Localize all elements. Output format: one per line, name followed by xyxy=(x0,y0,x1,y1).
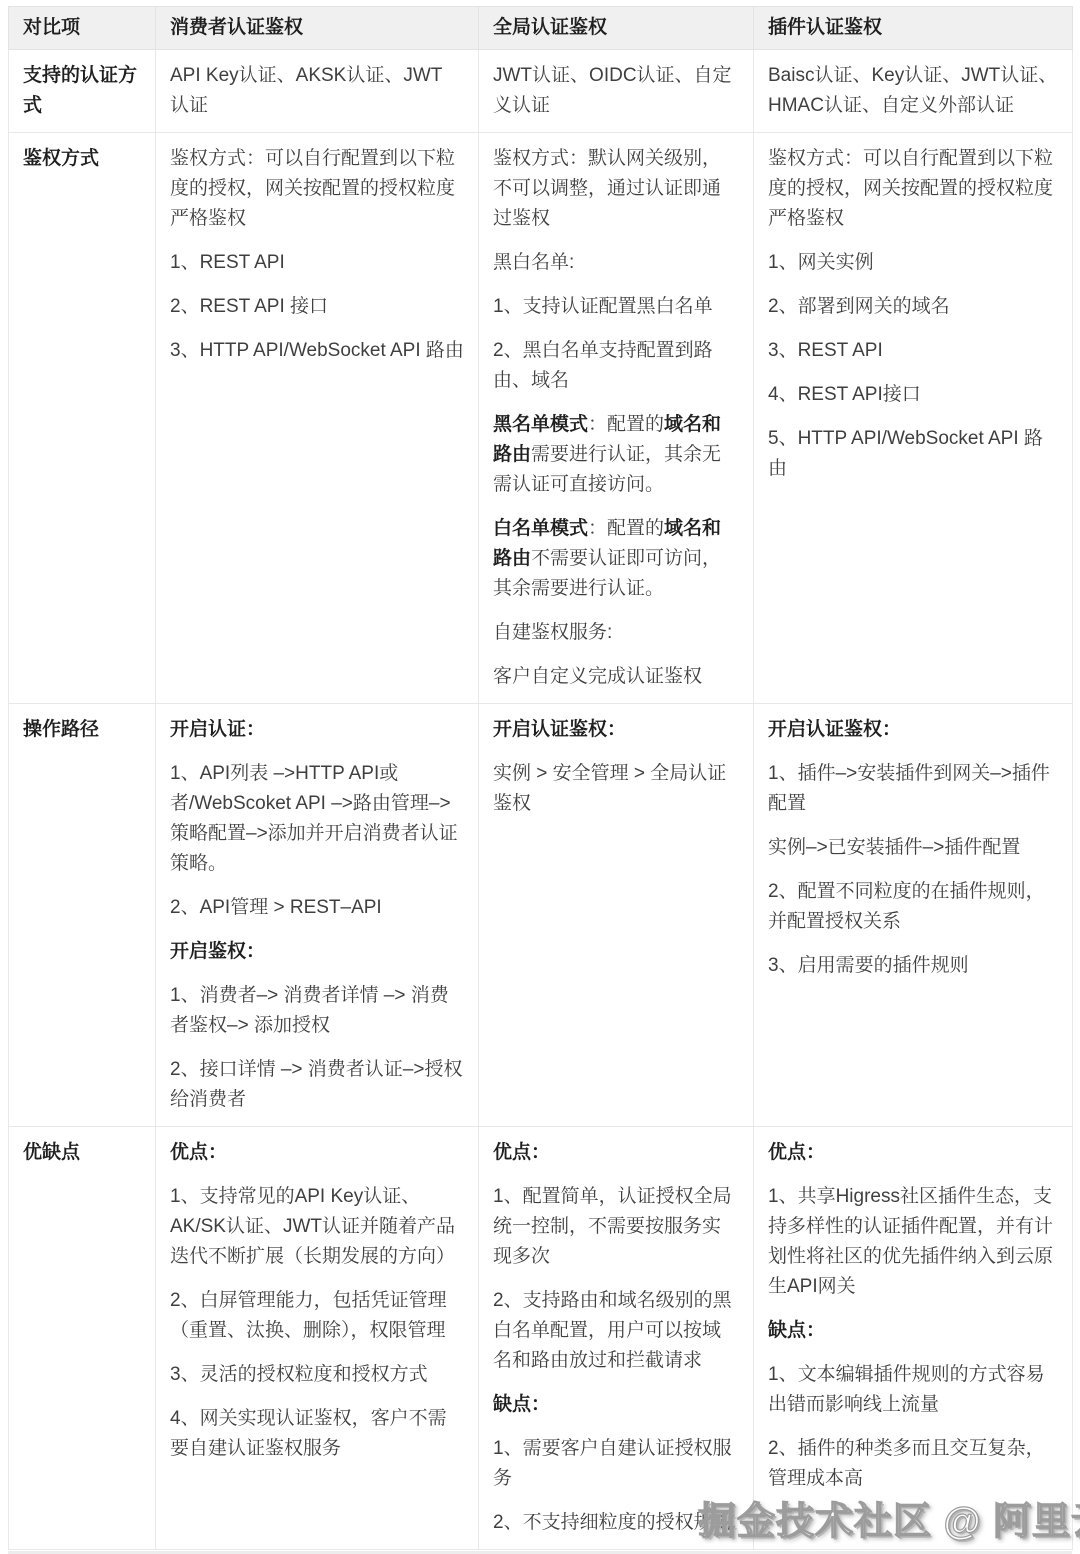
cell-paragraph: 缺点： xyxy=(493,1390,739,1420)
comparison-table-page: 对比项消费者认证鉴权全局认证鉴权插件认证鉴权 支持的认证方式API Key认证、… xyxy=(0,6,1080,1554)
table-row: 优缺点优点：1、支持常见的API Key认证、AK/SK认证、JWT认证并随着产… xyxy=(9,1127,1073,1550)
table-cell: 优点：1、配置简单，认证授权全局统一控制，不需要按服务实现多次2、支持路由和域名… xyxy=(479,1127,754,1550)
table-cell: 开启认证鉴权：1、插件–>安装插件到网关–>插件配置实例–>已安装插件–>插件配… xyxy=(754,704,1073,1127)
cell-paragraph: 实例–>已安装插件–>插件配置 xyxy=(768,833,1058,863)
cell-paragraph: 3、HTTP API/WebSocket API 路由 xyxy=(170,336,464,366)
column-header: 全局认证鉴权 xyxy=(479,7,754,50)
cell-paragraph: 开启鉴权： xyxy=(170,937,464,967)
cell-paragraph: 2、部署到网关的域名 xyxy=(768,292,1058,322)
cell-paragraph: 优点： xyxy=(170,1138,464,1168)
cell-paragraph: 2、白屏管理能力，包括凭证管理（重置、汰换、删除），权限管理 xyxy=(170,1286,464,1346)
cell-paragraph: 1、支持认证配置黑白名单 xyxy=(493,292,739,322)
cell-paragraph: 5、HTTP API/WebSocket API 路由 xyxy=(768,424,1058,484)
cell-paragraph: 1、支持常见的API Key认证、AK/SK认证、JWT认证并随着产品迭代不断扩… xyxy=(170,1182,464,1272)
table-cell: JWT认证、OIDC认证、自定义认证 xyxy=(479,50,754,133)
cell-paragraph: 自建鉴权服务: xyxy=(493,618,739,648)
row-label: 操作路径 xyxy=(9,704,156,1127)
cell-paragraph: 鉴权方式：默认网关级别，不可以调整，通过认证即通过鉴权 xyxy=(493,144,739,234)
cell-paragraph: 1、网关实例 xyxy=(768,248,1058,278)
cell-paragraph: 2、支持路由和域名级别的黑白名单配置，用户可以按域名和路由放过和拦截请求 xyxy=(493,1286,739,1376)
auth-comparison-table: 对比项消费者认证鉴权全局认证鉴权插件认证鉴权 支持的认证方式API Key认证、… xyxy=(8,6,1073,1550)
table-cell: 优点：1、共享Higress社区插件生态，支持多样性的认证插件配置，并有计划性将… xyxy=(754,1127,1073,1550)
cell-paragraph: API Key认证、AKSK认证、JWT 认证 xyxy=(170,61,464,121)
column-header: 消费者认证鉴权 xyxy=(156,7,479,50)
table-cell: API Key认证、AKSK认证、JWT 认证 xyxy=(156,50,479,133)
cell-paragraph: 黑名单模式：配置的域名和路由需要进行认证，其余无需认证可直接访问。 xyxy=(493,410,739,500)
table-cell: 鉴权方式：可以自行配置到以下粒度的授权，网关按配置的授权粒度严格鉴权1、网关实例… xyxy=(754,133,1073,704)
cell-paragraph: 1、需要客户自建认证授权服务 xyxy=(493,1434,739,1494)
table-cell: Baisc认证、Key认证、JWT认证、HMAC认证、自定义外部认证 xyxy=(754,50,1073,133)
cell-paragraph: 鉴权方式：可以自行配置到以下粒度的授权，网关按配置的授权粒度严格鉴权 xyxy=(170,144,464,234)
cell-paragraph: 优点： xyxy=(768,1138,1058,1168)
row-label: 优缺点 xyxy=(9,1127,156,1550)
cell-paragraph: 3、REST API xyxy=(768,336,1058,366)
cell-paragraph: 开启认证： xyxy=(170,715,464,745)
row-label: 鉴权方式 xyxy=(9,133,156,704)
cell-paragraph: 开启认证鉴权： xyxy=(768,715,1058,745)
cell-paragraph: 2、插件的种类多而且交互复杂，管理成本高 xyxy=(768,1434,1058,1494)
cell-paragraph: 黑白名单: xyxy=(493,248,739,278)
cell-paragraph: 1、配置简单，认证授权全局统一控制，不需要按服务实现多次 xyxy=(493,1182,739,1272)
cell-paragraph: Baisc认证、Key认证、JWT认证、HMAC认证、自定义外部认证 xyxy=(768,61,1058,121)
cell-paragraph: 3、启用需要的插件规则 xyxy=(768,951,1058,981)
cell-paragraph: 开启认证鉴权： xyxy=(493,715,739,745)
table-row: 鉴权方式鉴权方式：可以自行配置到以下粒度的授权，网关按配置的授权粒度严格鉴权1、… xyxy=(9,133,1073,704)
cell-paragraph: 缺点： xyxy=(768,1316,1058,1346)
table-row: 操作路径开启认证：1、API列表 –>HTTP API或者/WebScoket … xyxy=(9,704,1073,1127)
header-row: 对比项消费者认证鉴权全局认证鉴权插件认证鉴权 xyxy=(9,7,1073,50)
cell-paragraph: 3、灵活的授权粒度和授权方式 xyxy=(170,1360,464,1390)
cell-paragraph: JWT认证、OIDC认证、自定义认证 xyxy=(493,61,739,121)
table-body: 支持的认证方式API Key认证、AKSK认证、JWT 认证JWT认证、OIDC… xyxy=(9,50,1073,1550)
cell-paragraph: 1、REST API xyxy=(170,248,464,278)
cell-paragraph: 客户自定义完成认证鉴权 xyxy=(493,662,739,692)
cell-paragraph: 1、消费者–> 消费者详情 –> 消费者鉴权–> 添加授权 xyxy=(170,981,464,1041)
table-cell: 鉴权方式：默认网关级别，不可以调整，通过认证即通过鉴权黑白名单:1、支持认证配置… xyxy=(479,133,754,704)
cell-paragraph: 1、插件–>安装插件到网关–>插件配置 xyxy=(768,759,1058,819)
table-cell: 优点：1、支持常见的API Key认证、AK/SK认证、JWT认证并随着产品迭代… xyxy=(156,1127,479,1550)
cell-paragraph: 2、不支持细粒度的授权规则 xyxy=(493,1508,739,1538)
table-cell: 开启认证：1、API列表 –>HTTP API或者/WebScoket API … xyxy=(156,704,479,1127)
table-row: 支持的认证方式API Key认证、AKSK认证、JWT 认证JWT认证、OIDC… xyxy=(9,50,1073,133)
cell-paragraph: 1、API列表 –>HTTP API或者/WebScoket API –>路由管… xyxy=(170,759,464,879)
table-cell: 开启认证鉴权：实例 > 安全管理 > 全局认证鉴权 xyxy=(479,704,754,1127)
column-header: 对比项 xyxy=(9,7,156,50)
table-cell: 鉴权方式：可以自行配置到以下粒度的授权，网关按配置的授权粒度严格鉴权1、REST… xyxy=(156,133,479,704)
row-label: 支持的认证方式 xyxy=(9,50,156,133)
cell-paragraph: 1、共享Higress社区插件生态，支持多样性的认证插件配置，并有计划性将社区的… xyxy=(768,1182,1058,1302)
cell-paragraph: 2、黑白名单支持配置到路由、域名 xyxy=(493,336,739,396)
cell-paragraph: 2、REST API 接口 xyxy=(170,292,464,322)
cell-paragraph: 2、配置不同粒度的在插件规则，并配置授权关系 xyxy=(768,877,1058,937)
cell-paragraph: 4、网关实现认证鉴权，客户不需要自建认证鉴权服务 xyxy=(170,1404,464,1464)
cell-paragraph: 1、文本编辑插件规则的方式容易出错而影响线上流量 xyxy=(768,1360,1058,1420)
cell-paragraph: 实例 > 安全管理 > 全局认证鉴权 xyxy=(493,759,739,819)
column-header: 插件认证鉴权 xyxy=(754,7,1073,50)
cell-paragraph: 2、接口详情 –> 消费者认证–>授权给消费者 xyxy=(170,1055,464,1115)
cell-paragraph: 优点： xyxy=(493,1138,739,1168)
cell-paragraph: 鉴权方式：可以自行配置到以下粒度的授权，网关按配置的授权粒度严格鉴权 xyxy=(768,144,1058,234)
cell-paragraph: 白名单模式：配置的域名和路由不需要认证即可访问，其余需要进行认证。 xyxy=(493,514,739,604)
cell-paragraph: 2、API管理 > REST–API xyxy=(170,893,464,923)
cell-paragraph: 4、REST API接口 xyxy=(768,380,1058,410)
